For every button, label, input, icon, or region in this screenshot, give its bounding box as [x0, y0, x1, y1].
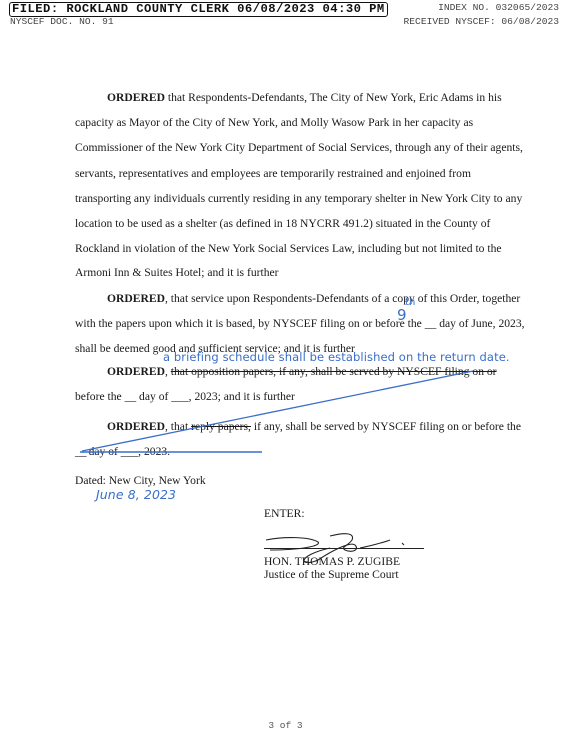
handwritten-briefing-insert: a briefing schedule shall be established… [163, 350, 510, 364]
dated-location: Dated: New City, New York [75, 474, 206, 488]
p4-line-1: ORDERED, that reply papers, if any, shal… [107, 420, 521, 434]
struck-opposition-text: that opposition papers, if any, shall be… [171, 365, 497, 378]
p2-text: with the papers upon which it is based, … [75, 317, 425, 330]
doc-number: NYSCEF DOC. NO. 91 [10, 16, 114, 27]
handwritten-day-suffix: th [405, 297, 415, 308]
handwritten-date: June 8, 2023 [96, 487, 176, 502]
p4-text: , that [165, 420, 191, 433]
handwritten-day: 9 [397, 306, 407, 324]
received-date: RECEIVED NYSCEF: 06/08/2023 [404, 16, 559, 27]
p2-line-2: with the papers upon which it is based, … [75, 317, 525, 331]
struck-reply-date: day of ___, 2023. [89, 445, 170, 458]
p1-line-2: capacity as Mayor of the City of New Yor… [75, 116, 473, 130]
ordered-lead: ORDERED [107, 91, 165, 104]
judge-name: HON. THOMAS P. ZUGIBE [264, 555, 400, 569]
judge-title: Justice of the Supreme Court [264, 568, 399, 582]
diagonal-strike-line [82, 371, 473, 451]
p1-line-5: transporting any individuals currently r… [75, 192, 522, 206]
ordered-lead: ORDERED [107, 292, 165, 305]
ordered-lead: ORDERED [107, 420, 165, 433]
struck-reply-text: reply papers, [191, 420, 251, 433]
signature-line [264, 548, 424, 549]
ordered-lead: ORDERED [107, 365, 165, 378]
page-number: 3 of 3 [0, 720, 571, 731]
p2-text: , that service upon Respondents-Defendan… [165, 292, 520, 305]
day-blank: __ [425, 317, 437, 330]
p1-line-4: servants, representatives and employees … [75, 167, 471, 181]
p1-text: that Respondents-Defendants, The City of… [165, 91, 502, 104]
p1-line-6: location to be used as a shelter (as def… [75, 217, 490, 231]
p2-text: day of June, 2023, [436, 317, 524, 330]
p1-line-3: Commissioner of the New York City Depart… [75, 141, 523, 155]
p1-line-8: Armoni Inn & Suites Hotel; and it is fur… [75, 266, 279, 280]
index-number: INDEX NO. 032065/2023 [438, 2, 559, 13]
day-blank: __ [75, 445, 87, 458]
p3-line-2: before the __ day of ___, 2023; and it i… [75, 390, 295, 404]
p2-line-1: ORDERED, that service upon Respondents-D… [107, 292, 520, 306]
enter-label: ENTER: [264, 507, 305, 521]
filed-banner: FILED: ROCKLAND COUNTY CLERK 06/08/2023 … [9, 2, 388, 17]
p1-line-1: ORDERED that Respondents-Defendants, The… [107, 91, 502, 105]
p1-line-7: Rockland in violation of the New York So… [75, 242, 502, 256]
p3-line-1: ORDERED, that opposition papers, if any,… [107, 365, 497, 379]
p4-line-2: __day of ___, 2023. [75, 445, 170, 459]
p4-text: if any, shall be served by NYSCEF filing… [251, 420, 521, 433]
